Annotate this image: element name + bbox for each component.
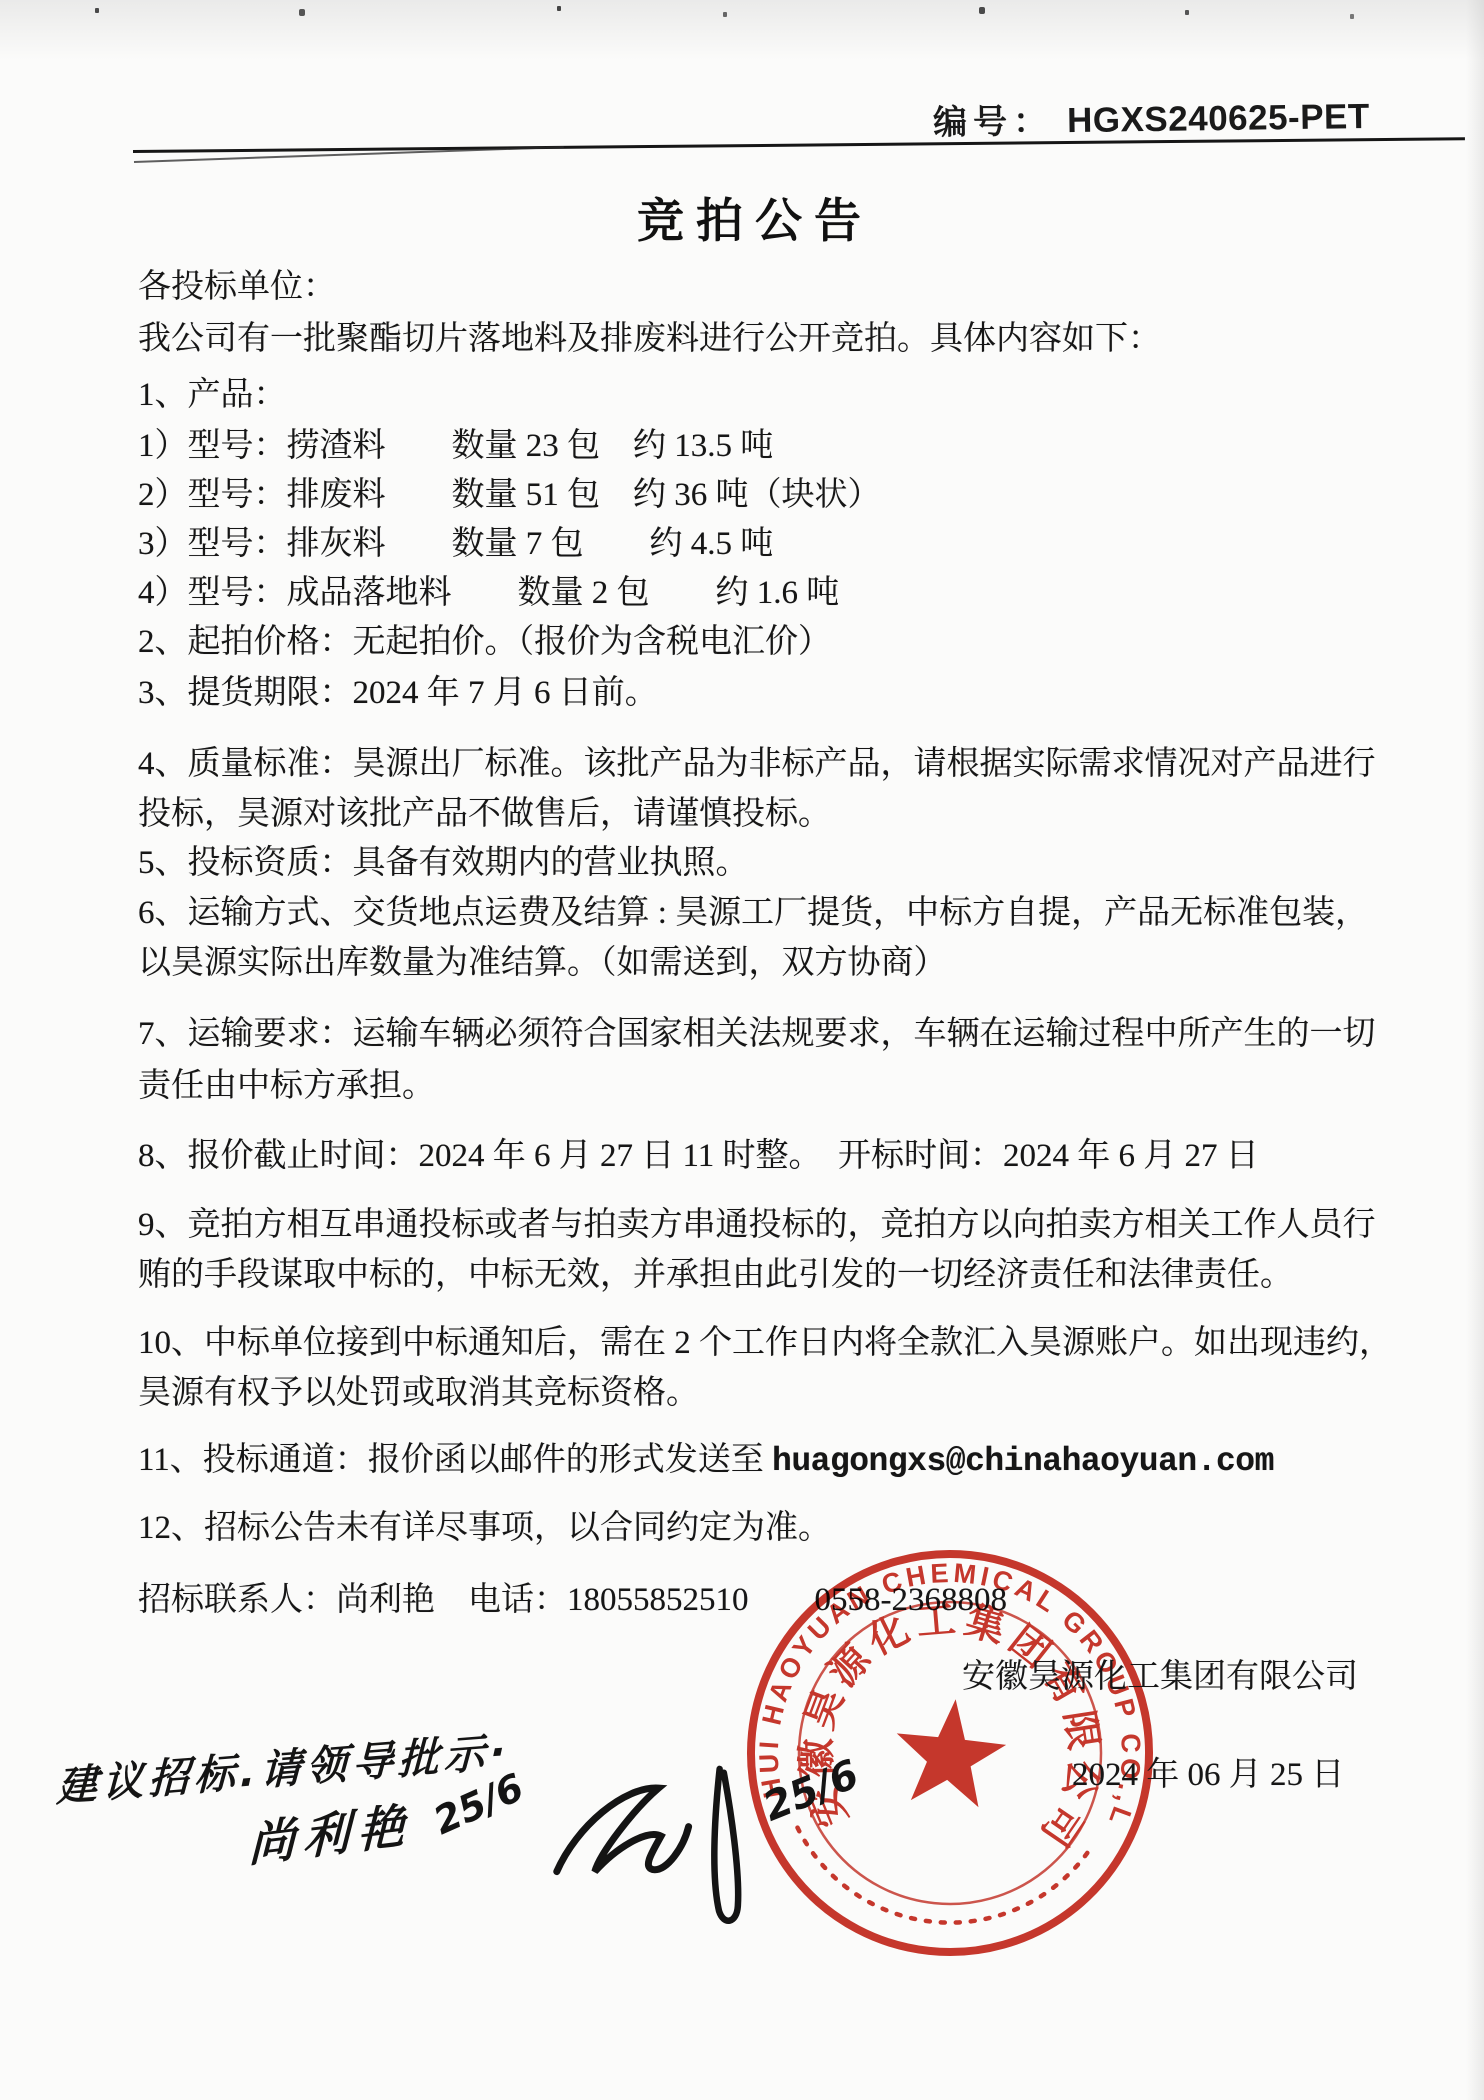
salutation-line: 各投标单位： bbox=[138, 268, 336, 307]
item-10-payment-line-2: 昊源有权予以处罚或取消其竞标资格。 bbox=[138, 1374, 699, 1413]
item-6-transport-line-2: 以昊源实际出库数量为准结算。（如需送到，双方协商） bbox=[138, 944, 947, 983]
item-6-transport-line-1: 6、运输方式、交货地点运费及结算 : 昊源工厂提货，中标方自提，产品无标准包装， bbox=[138, 894, 1368, 933]
handwritten-signature-2 bbox=[543, 1758, 782, 1950]
scanned-auction-notice: { "page": { "doc_no_label": "编号：", "doc_… bbox=[0, 0, 1484, 2100]
bid-channel-text: 11、投标通道：报价函以邮件的形式发送至 bbox=[138, 1442, 772, 1478]
product-row-2: 2）型号：排废料 数量 51 包 约 36 吨（块状） bbox=[138, 476, 881, 515]
issue-date: 2024 年 06 月 25 日 bbox=[1072, 1748, 1344, 1795]
product-row-4: 4）型号：成品落地料 数量 2 包 约 1.6 吨 bbox=[138, 574, 839, 613]
scan-artifacts bbox=[95, 8, 99, 13]
star-icon bbox=[890, 1694, 1010, 1810]
item-8-deadline: 8、报价截止时间：2024 年 6 月 27 日 11 时整。 开标时间：202… bbox=[138, 1137, 1259, 1176]
page-title: 竞拍公告 bbox=[637, 196, 873, 248]
item-2-start-price: 2、起拍价格：无起拍价。（报价为含税电汇价） bbox=[138, 623, 831, 662]
company-name: 安徽昊源化工集团有限公司 bbox=[962, 1650, 1358, 1697]
item-5-qualification: 5、投标资质：具备有效期内的营业执照。 bbox=[138, 844, 749, 883]
item-3-pickup-deadline: 3、提货期限：2024 年 7 月 6 日前。 bbox=[138, 674, 658, 713]
intro-line: 我公司有一批聚酯切片落地料及排废料进行公开竞拍。具体内容如下： bbox=[138, 320, 1161, 359]
item-7-requirement-line-2: 责任由中标方承担。 bbox=[138, 1067, 435, 1106]
document-number-label: 编号： bbox=[933, 103, 1054, 142]
scan-shading-top bbox=[0, 0, 1484, 60]
title-container: 竞拍公告 bbox=[130, 184, 1380, 251]
item-9-collusion-line-2: 贿的手段谋取中标的，中标无效，并承担由此引发的一切经济责任和法律责任。 bbox=[138, 1256, 1293, 1295]
document-number: 编号：HGXS240625-PET bbox=[933, 89, 1370, 144]
handwritten-signature-1: 尚利艳 bbox=[248, 1788, 413, 1876]
product-row-3: 3）型号：排灰料 数量 7 包 约 4.5 吨 bbox=[138, 525, 773, 564]
document-number-value: HGXS240625-PET bbox=[1067, 97, 1370, 140]
item-1-products: 1、产品： bbox=[138, 376, 287, 415]
item-7-requirement-line-1: 7、运输要求：运输车辆必须符合国家相关法规要求，车辆在运输过程中所产生的一切 bbox=[138, 1015, 1376, 1054]
item-10-payment-line-1: 10、中标单位接到中标通知后，需在 2 个工作日内将全款汇入昊源账户。如出现违约… bbox=[138, 1324, 1392, 1363]
bid-email: huagongxs@chinahaoyuan.com bbox=[772, 1443, 1274, 1480]
header-divider-line bbox=[133, 137, 1465, 153]
item-4-quality-line-1: 4、质量标准：昊源出厂标准。该批产品为非标产品，请根据实际需求情况对产品进行 bbox=[138, 745, 1376, 784]
product-row-1: 1）型号：捞渣料 数量 23 包 约 13.5 吨 bbox=[138, 427, 773, 466]
scan-shading-right bbox=[1466, 0, 1484, 2100]
item-9-collusion-line-1: 9、竞拍方相互串通投标或者与拍卖方串通投标的，竞拍方以向拍卖方相关工作人员行 bbox=[138, 1206, 1376, 1245]
item-4-quality-line-2: 投标，昊源对该批产品不做售后，请谨慎投标。 bbox=[138, 795, 831, 834]
item-12-contract: 12、招标公告未有详尽事项，以合同约定为准。 bbox=[138, 1509, 831, 1548]
item-11-bid-channel: 11、投标通道：报价函以邮件的形式发送至 huagongxs@chinahaoy… bbox=[138, 1441, 1274, 1482]
signature-scrawl bbox=[543, 1758, 782, 1950]
